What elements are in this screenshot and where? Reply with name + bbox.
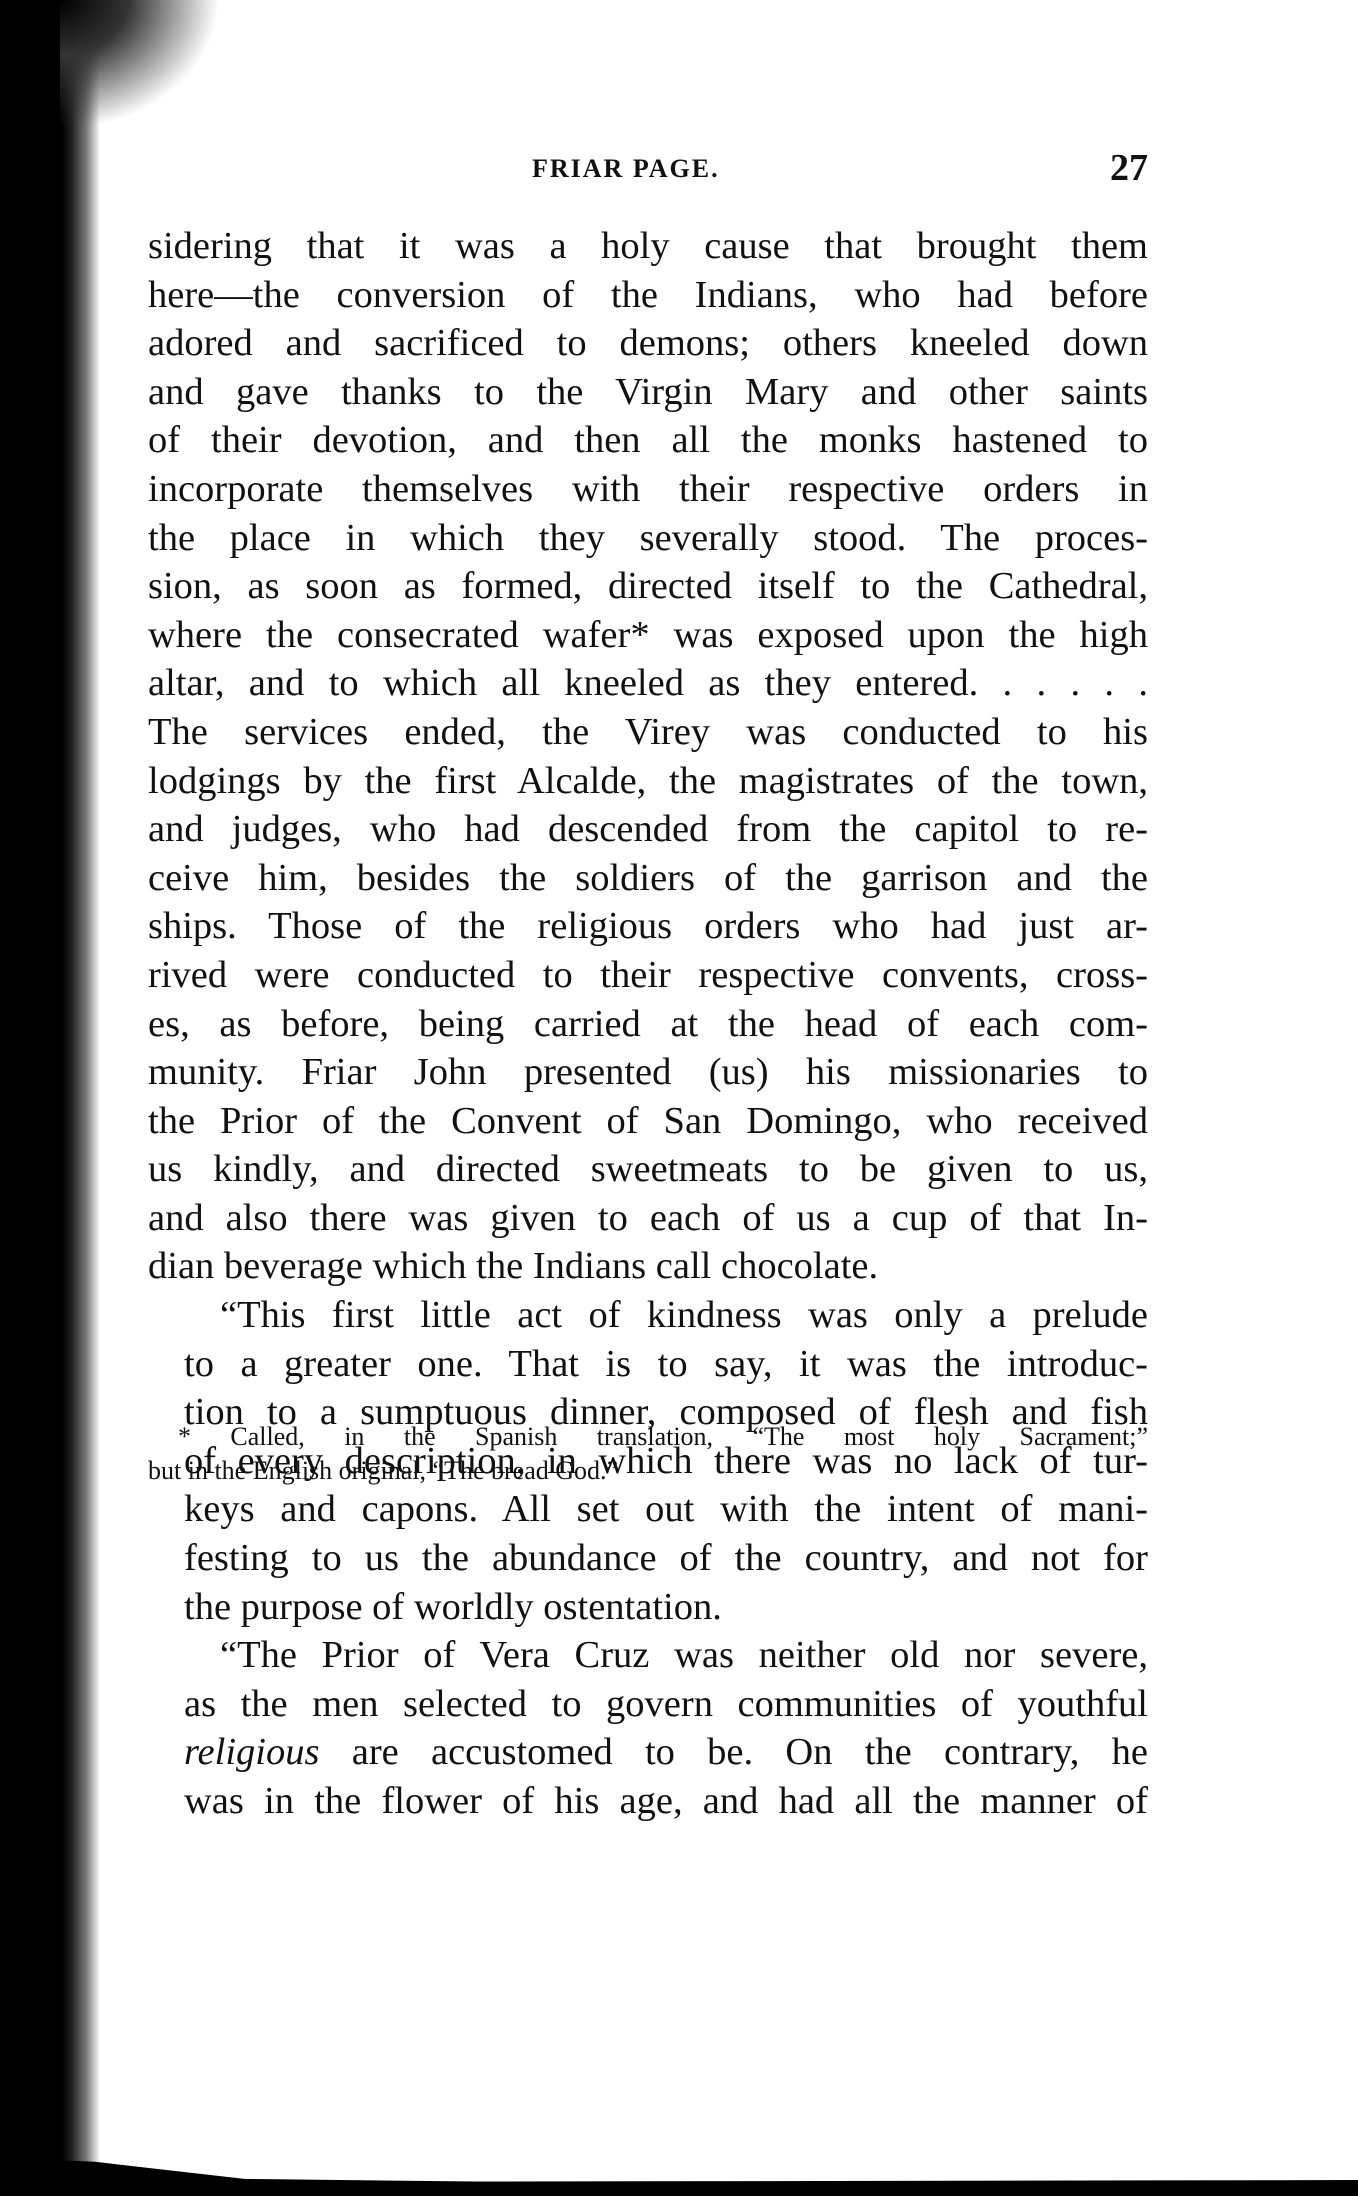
scan-corner-shadow <box>60 0 220 130</box>
page-number: 27 <box>1110 146 1148 190</box>
text-line: sidering that it was a holy cause that b… <box>148 222 1148 271</box>
text-line: “This first little act of kindness was o… <box>148 1291 1148 1340</box>
text-line: ships. Those of the religious orders who… <box>148 902 1148 951</box>
text-line: as the men selected to govern communitie… <box>148 1680 1148 1729</box>
text-line: lodgings by the first Alcalde, the magis… <box>148 757 1148 806</box>
text-line: was in the flower of his age, and had al… <box>148 1777 1148 1826</box>
text-line: dian beverage which the Indians call cho… <box>148 1242 1148 1291</box>
footnote-line: * Called, in the Spanish translation, “T… <box>148 1420 1148 1454</box>
text-line: and also there was given to each of us a… <box>148 1194 1148 1243</box>
text-line: rived were conducted to their respective… <box>148 951 1148 1000</box>
text-line: of their devotion, and then all the monk… <box>148 416 1148 465</box>
page-header: FRIAR PAGE. 27 <box>148 146 1148 190</box>
text-line: munity. Friar John presented (us) his mi… <box>148 1048 1148 1097</box>
text-line: festing to us the abundance of the count… <box>148 1534 1148 1583</box>
paragraph-1: sidering that it was a holy cause that b… <box>148 222 1148 1291</box>
footnote-line: but in the English original, “The bread … <box>148 1454 1148 1488</box>
text-line: keys and capons. All set out with the in… <box>148 1485 1148 1534</box>
footnote: * Called, in the Spanish translation, “T… <box>148 1420 1148 1488</box>
running-title: FRIAR PAGE. <box>532 154 720 184</box>
text-fragment: are accustomed to be. On the contrary, h… <box>352 1731 1148 1773</box>
text-line: sion, as soon as formed, directed itself… <box>148 562 1148 611</box>
text-line: The services ended, the Virey was conduc… <box>148 708 1148 757</box>
text-line: us kindly, and directed sweetmeats to be… <box>148 1145 1148 1194</box>
text-line: the place in which they severally stood.… <box>148 514 1148 563</box>
text-line: and judges, who had descended from the c… <box>148 805 1148 854</box>
text-line: adored and sacrificed to demons; others … <box>148 319 1148 368</box>
italic-word: religious <box>184 1731 319 1773</box>
book-spine-shadow <box>0 0 100 2196</box>
body-text: sidering that it was a holy cause that b… <box>148 222 1148 1826</box>
text-line: here—the conversion of the Indians, who … <box>148 271 1148 320</box>
text-line-with-italic: religious are accustomed to be. On the c… <box>148 1728 1148 1777</box>
text-line: ceive him, besides the soldiers of the g… <box>148 854 1148 903</box>
text-line: altar, and to which all kneeled as they … <box>148 659 1148 708</box>
text-line: “The Prior of Vera Cruz was neither old … <box>148 1631 1148 1680</box>
text-line: es, as before, being carried at the head… <box>148 1000 1148 1049</box>
text-line: and gave thanks to the Virgin Mary and o… <box>148 368 1148 417</box>
text-line: incorporate themselves with their respec… <box>148 465 1148 514</box>
text-line: to a greater one. That is to say, it was… <box>148 1340 1148 1389</box>
text-line: where the consecrated wafer* was exposed… <box>148 611 1148 660</box>
paragraph-3: “The Prior of Vera Cruz was neither old … <box>148 1631 1148 1825</box>
text-line: the purpose of worldly ostentation. <box>148 1583 1148 1632</box>
scan-bottom-edge <box>0 2158 1358 2196</box>
text-line: the Prior of the Convent of San Domingo,… <box>148 1097 1148 1146</box>
